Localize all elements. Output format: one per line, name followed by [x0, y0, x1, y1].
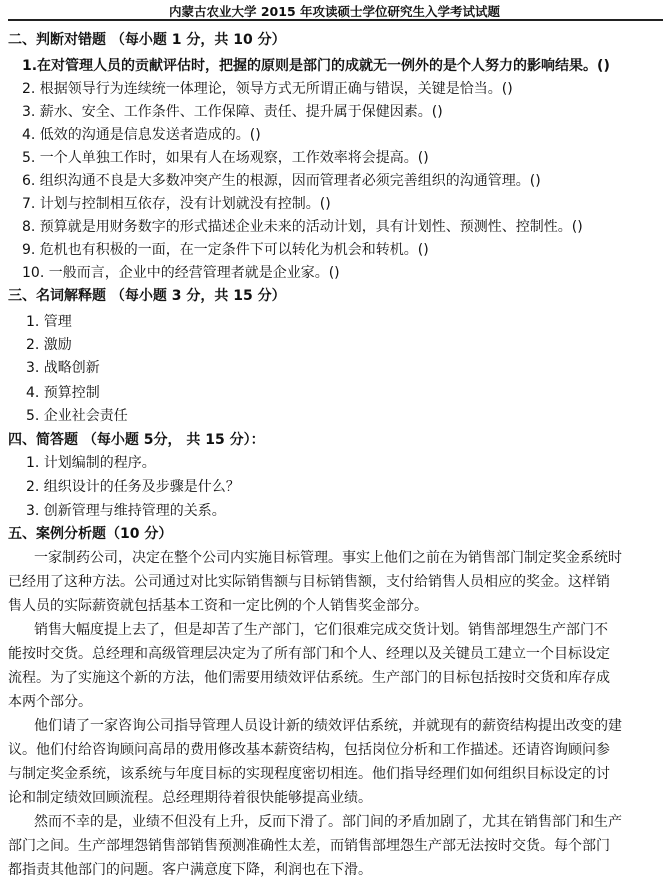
term-5: 5. 企业社会责任: [26, 407, 128, 425]
tf-question-9: 9. 危机也有积极的一面，在一定条件下可以转化为机会和转机。(): [22, 241, 429, 259]
case-line-5: 能按时交货。总经理和高级管理层决定为了所有部门和个人、经理以及关键员工建立一个目…: [8, 645, 663, 663]
tf-question-3: 3. 薪水、安全、工作条件、工作保障、责任、提升属于保健因素。(): [22, 103, 443, 121]
term-2: 2. 激励: [26, 336, 72, 354]
case-line-14: 都指责其他部门的问题。客户满意度下降，利润也在下滑。: [8, 861, 663, 879]
case-line-10: 与制定奖金系统，该系统与年度目标的实现程度密切相连。他们指导经理们如何组织目标设…: [8, 765, 663, 783]
case-line-13: 部门之间。生产部埋怨销售部销售预测准确性太差，而销售部埋怨生产部无法按时交货。每…: [8, 837, 663, 855]
case-line-12: 然而不幸的是，业绩不但没有上升，反而下滑了。部门间的矛盾加剧了，尤其在销售部门和…: [34, 813, 622, 831]
case-line-2: 已经用了这种方法。公司通过对比实际销售额与目标销售额，支付给销售人员相应的奖金。…: [8, 573, 663, 591]
tf-question-5: 5. 一个人单独工作时，如果有人在场观察，工作效率将会提高。(): [22, 149, 429, 167]
short-answer-3: 3. 创新管理与维持管理的关系。: [26, 502, 226, 520]
exam-header-title: 内蒙古农业大学 2015 年攻读硕士学位研究生入学考试试题: [0, 2, 669, 20]
term-4: 4. 预算控制: [26, 384, 100, 402]
case-line-9: 议。他们付给咨询顾问高昂的费用修改基本薪资结构，包括岗位分析和工作描述。还请咨询…: [8, 741, 663, 759]
tf-question-7: 7. 计划与控制相互依存，没有计划就没有控制。(): [22, 195, 331, 213]
tf-question-6: 6. 组织沟通不良是大多数冲突产生的根源，因而管理者必须完善组织的沟通管理。(): [22, 172, 541, 190]
short-answer-1: 1. 计划编制的程序。: [26, 454, 156, 472]
case-line-7: 本两个部分。: [8, 693, 663, 711]
tf-question-10: 10. 一般而言，企业中的经营管理者就是企业家。(): [22, 264, 340, 282]
case-line-8: 他们请了一家咨询公司指导管理人员设计新的绩效评估系统，并就现有的薪资结构提出改变…: [34, 717, 622, 735]
case-line-1: 一家制药公司，决定在整个公司内实施目标管理。事实上他们之前在为销售部门制定奖金系…: [34, 549, 622, 567]
tf-question-8: 8. 预算就是用财务数字的形式描述企业未来的活动计划，具有计划性、预测性、控制性…: [22, 218, 583, 236]
term-1: 1. 管理: [26, 313, 72, 331]
section-2-title: 二、判断对错题 （每小题 1 分，共 10 分）: [8, 31, 286, 49]
tf-question-1: 1.在对管理人员的贡献评估时，把握的原则是部门的成就无一例外的是个人努力的影响结…: [22, 57, 610, 75]
header-divider: [8, 19, 663, 21]
tf-question-4: 4. 低效的沟通是信息发送者造成的。(): [22, 126, 261, 144]
tf-question-2: 2. 根据领导行为连续统一体理论，领导方式无所谓正确与错误，关键是恰当。(): [22, 80, 513, 98]
case-line-4: 销售大幅度提上去了，但是却苦了生产部门，它们很难完成交货计划。销售部埋怨生产部门…: [34, 621, 608, 639]
case-line-3: 售人员的实际薪资就包括基本工资和一定比例的个人销售奖金部分。: [8, 597, 663, 615]
case-line-11: 论和制定绩效回顾流程。总经理期待着很快能够提高业绩。: [8, 789, 663, 807]
section-4-title: 四、简答题 （每小题 5分， 共 15 分）：: [8, 431, 265, 449]
term-3: 3. 战略创新: [26, 359, 100, 377]
section-5-title: 五、案例分析题（10 分）: [8, 525, 172, 543]
short-answer-2: 2. 组织设计的任务及步骤是什么？: [26, 478, 240, 496]
case-line-6: 流程。为了实施这个新的方法，他们需要用绩效评估系统。生产部门的目标包括按时交货和…: [8, 669, 663, 687]
exam-page: 内蒙古农业大学 2015 年攻读硕士学位研究生入学考试试题 二、判断对错题 （每…: [0, 0, 669, 896]
section-3-title: 三、名词解释题 （每小题 3 分，共 15 分）: [8, 287, 286, 305]
